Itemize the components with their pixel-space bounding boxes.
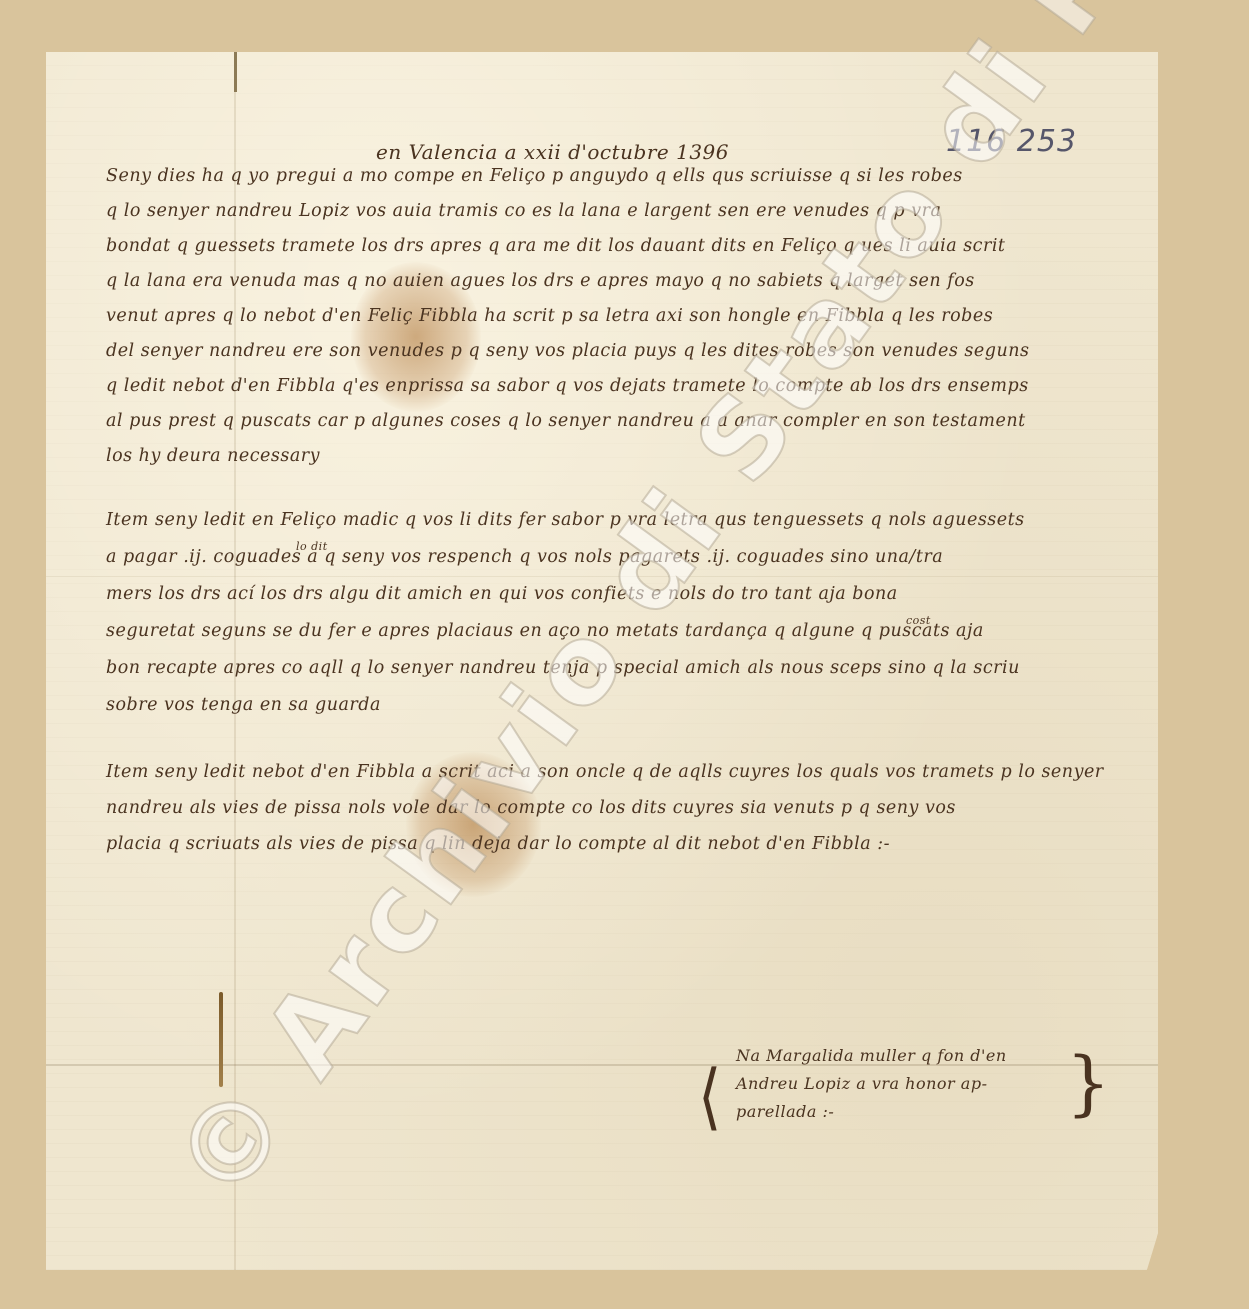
signature-line: parellada :- (736, 1098, 1007, 1126)
paragraph-1-line: venut apres q lo nebot d'en Feliç Fibbla… (106, 308, 993, 326)
paragraph-2-line: a pagar .ij. coguades a q seny vos respe… (106, 549, 943, 567)
paragraph-2-line: seguretat seguns se du fer e apres placi… (106, 623, 984, 641)
paragraph-3-line: Item seny ledit nebot d'en Fibbla a scri… (106, 764, 1104, 782)
paragraph-1-line: q lo senyer nandreu Lopiz vos auia trami… (106, 203, 941, 221)
signature-line: Na Margalida muller q fon d'en (736, 1042, 1007, 1070)
paragraph-3-line: nandreu als vies de pissa nols vole dar … (106, 800, 956, 818)
archive-number: 116 253 (946, 124, 1077, 159)
signature-bracket-right: } (1066, 1042, 1111, 1124)
signature-line: Andreu Lopiz a vra honor ap- (736, 1070, 1007, 1098)
paragraph-2-line: Item seny ledit en Feliço madic q vos li… (106, 512, 1025, 530)
paragraph-2-line: mers los drs ací los drs algu dit amich … (106, 586, 898, 604)
paragraph-1-line: del senyer nandreu ere son venudes p q s… (106, 343, 1030, 361)
dateline: en Valencia a xxii d'octubre 1396 (376, 140, 729, 164)
binding-string-fragment (219, 992, 223, 1087)
signature-bracket-left: ⟨ (698, 1055, 722, 1139)
paragraph-3-line: placia q scriuats als vies de pissa q li… (106, 836, 890, 854)
manuscript-page: en Valencia a xxii d'octubre 1396 116 25… (46, 52, 1158, 1270)
signature-block: Na Margalida muller q fon d'en Andreu Lo… (736, 1042, 1007, 1126)
paragraph-1-line: q ledit nebot d'en Fibbla q'es enprissa … (106, 378, 1029, 396)
paragraph-1-line: los hy deura necessary (106, 448, 320, 466)
paragraph-1-line: q la lana era venuda mas q no auien ague… (106, 273, 975, 291)
paragraph-1-line: Seny dies ha q yo pregui a mo compe en F… (106, 168, 963, 186)
paragraph-2-line: sobre vos tenga en sa guarda (106, 697, 381, 715)
paragraph-1-line: bondat q guessets tramete los drs apres … (106, 238, 1005, 256)
horizontal-crease (46, 576, 1158, 577)
paragraph-2-line: bon recapte apres co aqll q lo senyer na… (106, 660, 1020, 678)
top-edge-nick (234, 52, 237, 92)
paragraph-1-line: al pus prest q puscats car p algunes cos… (106, 413, 1026, 431)
